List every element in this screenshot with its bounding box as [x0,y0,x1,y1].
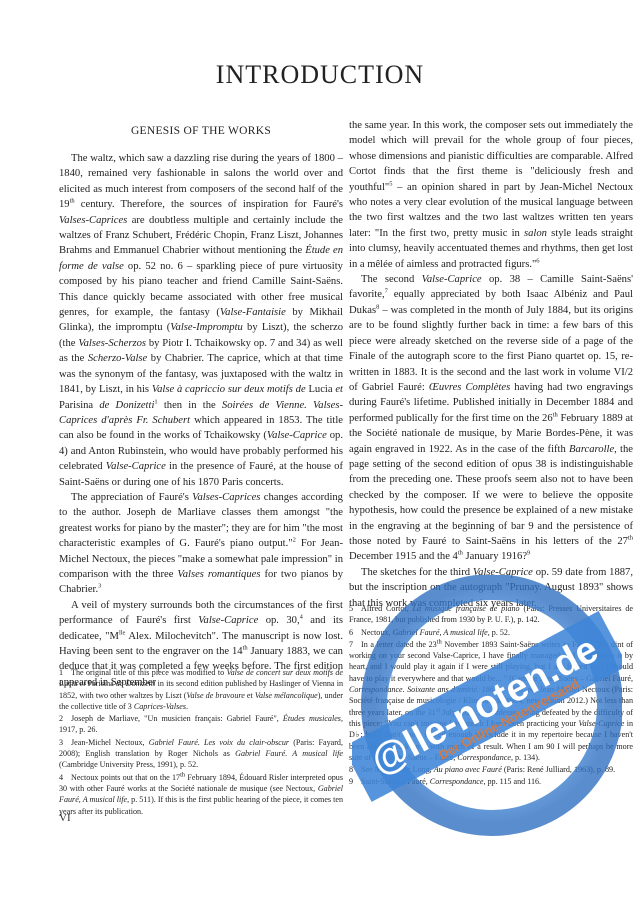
footnote-number: 1 [59,667,71,678]
footnote: 1The original title of this piece was mo… [59,667,343,712]
footnote: 3Jean-Michel Nectoux, Gabriel Fauré. Les… [59,737,343,771]
footnote: 6Nectoux, Gabriel Fauré, A musical life,… [349,627,633,638]
footnote-number: 9 [349,776,361,787]
paragraph: The waltz, which saw a dazzling rise dur… [59,151,343,490]
footnote: 5Alfred Cortot, La musique française de … [349,603,633,626]
footnote: 9Saint-Saëns – Fauré, Correspondance, pp… [349,776,633,787]
section-heading: GENESIS OF THE WORKS [59,125,343,137]
footnote-number: 5 [349,603,361,614]
footnotes-left: 1The original title of this piece was mo… [59,667,343,818]
left-column: GENESIS OF THE WORKS The waltz, which sa… [59,118,343,690]
footnotes-right: 5Alfred Cortot, La musique française de … [349,603,633,789]
paragraph: The appreciation of Fauré's Valses-Capri… [59,490,343,598]
footnote-number: 2 [59,713,71,724]
footnote-number: 7 [349,639,361,650]
footnote: 4Nectoux points out that on the 17th Feb… [59,772,343,817]
footnote-number: 8 [349,764,361,775]
paragraph: The second Valse-Caprice op. 38 – Camill… [349,272,633,565]
page-number: VI [59,812,71,824]
footnote-number: 3 [59,737,71,748]
paragraph: the same year. In this work, the compose… [349,118,633,272]
footnote: 8See Marguerite Long, Au piano avec Faur… [349,764,633,775]
footnote-number: 4 [59,772,71,783]
page-title: INTRODUCTION [0,60,640,90]
footnote-number: 6 [349,627,361,638]
right-column: the same year. In this work, the compose… [349,118,633,611]
footnote: 7In a letter dated the 23th November 189… [349,639,633,763]
footnote: 2Joseph de Marliave, "Un musicien frança… [59,713,343,736]
